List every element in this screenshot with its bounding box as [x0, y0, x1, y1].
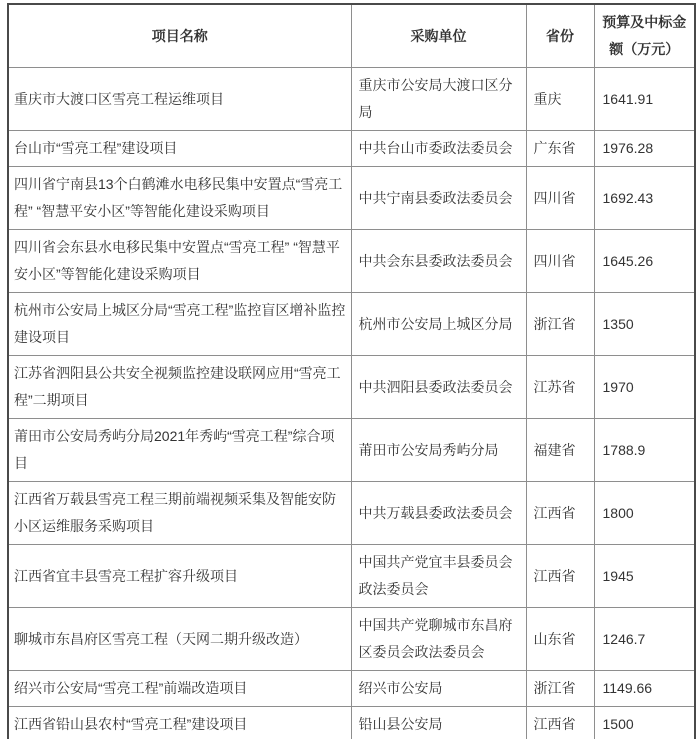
table-row: 江西省铅山县农村“雪亮工程”建设项目铅山县公安局江西省1500	[8, 707, 695, 739]
table-row: 杭州市公安局上城区分局“雪亮工程”监控盲区增补监控建设项目杭州市公安局上城区分局…	[8, 293, 695, 356]
amount-cell: 1800	[594, 482, 695, 545]
project-name-cell: 莆田市公安局秀屿分局2021年秀屿“雪亮工程”综合项目	[8, 419, 351, 482]
table-row: 江苏省泗阳县公共安全视频监控建设联网应用“雪亮工程”二期项目中共泗阳县委政法委员…	[8, 356, 695, 419]
table-row: 聊城市东昌府区雪亮工程（天网二期升级改造）中国共产党聊城市东昌府区委员会政法委员…	[8, 608, 695, 671]
table-row: 四川省会东县水电移民集中安置点“雪亮工程” “智慧平安小区”等智能化建设采购项目…	[8, 230, 695, 293]
province-cell: 江苏省	[526, 356, 594, 419]
project-name-cell: 江苏省泗阳县公共安全视频监控建设联网应用“雪亮工程”二期项目	[8, 356, 351, 419]
header-row: 项目名称 采购单位 省份 预算及中标金额（万元）	[8, 4, 695, 68]
province-cell: 福建省	[526, 419, 594, 482]
project-name-cell: 四川省会东县水电移民集中安置点“雪亮工程” “智慧平安小区”等智能化建设采购项目	[8, 230, 351, 293]
amount-cell: 1645.26	[594, 230, 695, 293]
purchaser-cell: 中国共产党聊城市东昌府区委员会政法委员会	[351, 608, 526, 671]
purchaser-cell: 铅山县公安局	[351, 707, 526, 739]
project-name-cell: 四川省宁南县13个白鹤滩水电移民集中安置点“雪亮工程” “智慧平安小区”等智能化…	[8, 167, 351, 230]
procurement-table: 项目名称 采购单位 省份 预算及中标金额（万元） 重庆市大渡口区雪亮工程运维项目…	[7, 3, 696, 739]
table-row: 重庆市大渡口区雪亮工程运维项目重庆市公安局大渡口区分局重庆1641.91	[8, 68, 695, 131]
amount-cell: 1500	[594, 707, 695, 739]
province-cell: 浙江省	[526, 293, 594, 356]
province-cell: 重庆	[526, 68, 594, 131]
province-cell: 山东省	[526, 608, 594, 671]
project-name-cell: 绍兴市公安局“雪亮工程”前端改造项目	[8, 671, 351, 707]
purchaser-cell: 中国共产党宜丰县委员会政法委员会	[351, 545, 526, 608]
amount-cell: 1976.28	[594, 131, 695, 167]
column-header-purchaser: 采购单位	[351, 4, 526, 68]
amount-cell: 1246.7	[594, 608, 695, 671]
purchaser-cell: 中共台山市委政法委员会	[351, 131, 526, 167]
purchaser-cell: 中共会东县委政法委员会	[351, 230, 526, 293]
project-name-cell: 聊城市东昌府区雪亮工程（天网二期升级改造）	[8, 608, 351, 671]
table-row: 莆田市公安局秀屿分局2021年秀屿“雪亮工程”综合项目莆田市公安局秀屿分局福建省…	[8, 419, 695, 482]
purchaser-cell: 绍兴市公安局	[351, 671, 526, 707]
purchaser-cell: 莆田市公安局秀屿分局	[351, 419, 526, 482]
project-name-cell: 杭州市公安局上城区分局“雪亮工程”监控盲区增补监控建设项目	[8, 293, 351, 356]
amount-cell: 1970	[594, 356, 695, 419]
table-row: 绍兴市公安局“雪亮工程”前端改造项目绍兴市公安局浙江省1149.66	[8, 671, 695, 707]
amount-cell: 1149.66	[594, 671, 695, 707]
column-header-province: 省份	[526, 4, 594, 68]
project-name-cell: 台山市“雪亮工程”建设项目	[8, 131, 351, 167]
purchaser-cell: 重庆市公安局大渡口区分局	[351, 68, 526, 131]
province-cell: 江西省	[526, 707, 594, 739]
amount-cell: 1788.9	[594, 419, 695, 482]
amount-cell: 1692.43	[594, 167, 695, 230]
province-cell: 广东省	[526, 131, 594, 167]
province-cell: 浙江省	[526, 671, 594, 707]
amount-cell: 1945	[594, 545, 695, 608]
page: 项目名称 采购单位 省份 预算及中标金额（万元） 重庆市大渡口区雪亮工程运维项目…	[0, 0, 700, 739]
purchaser-cell: 中共宁南县委政法委员会	[351, 167, 526, 230]
project-name-cell: 重庆市大渡口区雪亮工程运维项目	[8, 68, 351, 131]
project-name-cell: 江西省宜丰县雪亮工程扩容升级项目	[8, 545, 351, 608]
province-cell: 江西省	[526, 545, 594, 608]
province-cell: 四川省	[526, 230, 594, 293]
column-header-project: 项目名称	[8, 4, 351, 68]
province-cell: 江西省	[526, 482, 594, 545]
project-name-cell: 江西省铅山县农村“雪亮工程”建设项目	[8, 707, 351, 739]
province-cell: 四川省	[526, 167, 594, 230]
amount-cell: 1641.91	[594, 68, 695, 131]
table-row: 台山市“雪亮工程”建设项目中共台山市委政法委员会广东省1976.28	[8, 131, 695, 167]
purchaser-cell: 中共万载县委政法委员会	[351, 482, 526, 545]
table-row: 四川省宁南县13个白鹤滩水电移民集中安置点“雪亮工程” “智慧平安小区”等智能化…	[8, 167, 695, 230]
purchaser-cell: 杭州市公安局上城区分局	[351, 293, 526, 356]
purchaser-cell: 中共泗阳县委政法委员会	[351, 356, 526, 419]
amount-cell: 1350	[594, 293, 695, 356]
table-row: 江西省万载县雪亮工程三期前端视频采集及智能安防小区运维服务采购项目中共万载县委政…	[8, 482, 695, 545]
table-row: 江西省宜丰县雪亮工程扩容升级项目中国共产党宜丰县委员会政法委员会江西省1945	[8, 545, 695, 608]
project-name-cell: 江西省万载县雪亮工程三期前端视频采集及智能安防小区运维服务采购项目	[8, 482, 351, 545]
column-header-amount: 预算及中标金额（万元）	[594, 4, 695, 68]
